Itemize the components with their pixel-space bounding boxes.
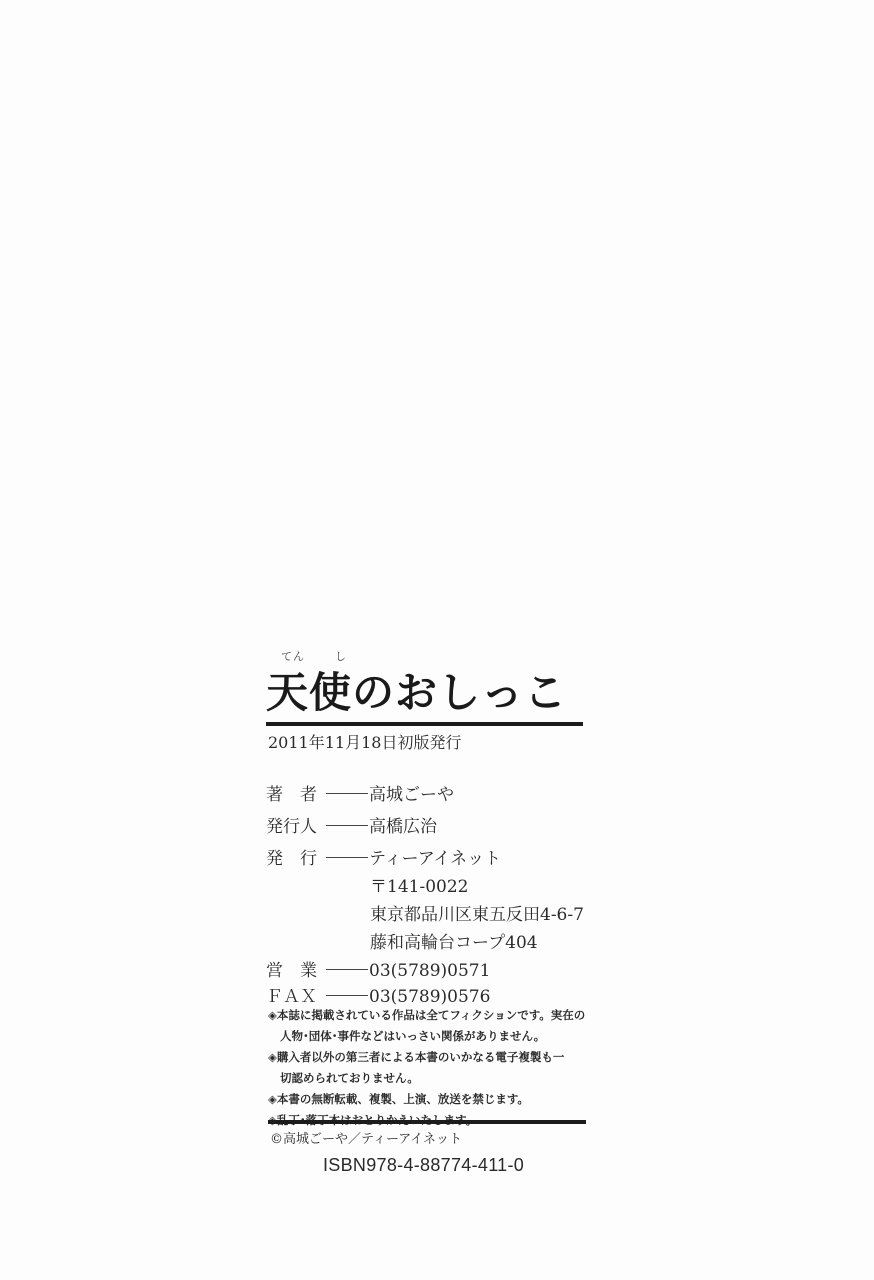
notice-digital-copy: ◈購入者以外の第三者による本書のいかなる電子複製も一: [268, 1047, 598, 1068]
book-title: 天使のおしっこ: [266, 660, 567, 720]
credit-label: 発 行: [266, 844, 326, 869]
title-divider: [266, 722, 583, 726]
dash-rule: [326, 995, 368, 996]
dash-rule: [326, 969, 368, 970]
notice-fiction-cont: 人物･団体･事件などはいっさい関係がありません。: [268, 1026, 598, 1047]
credit-label: 営 業: [266, 956, 326, 981]
contact-fax: ＦＡＸ03(5789)0576: [266, 982, 490, 1004]
credit-value: 03(5789)0576: [369, 987, 490, 1007]
credit-label: ＦＡＸ: [266, 982, 326, 1007]
address-line-1: 東京都品川区東五反田4-6-7: [370, 900, 584, 925]
contact-sales: 営 業03(5789)0571: [266, 956, 490, 978]
credit-value: ティーアイネット: [369, 844, 501, 869]
copyright-line: ©高城ごーや／ティーアイネット: [270, 1128, 462, 1147]
credit-value: 03(5789)0571: [369, 961, 490, 981]
colophon-page: てん し 天使のおしっこ 2011年11月18日初版発行 著 者高城ごーや 発行…: [0, 0, 874, 1280]
isbn-number: ISBN978-4-88774-411-0: [323, 1155, 524, 1176]
dash-rule: [326, 825, 368, 826]
notice-digital-copy-cont: 切認められておりません。: [268, 1068, 598, 1089]
postal-code: 〒141-0022: [370, 872, 468, 897]
credit-value: 高城ごーや: [369, 780, 454, 805]
credit-value: 高橋広治: [369, 812, 437, 837]
credit-author: 著 者高城ごーや: [266, 780, 454, 802]
credit-publisher-person: 発行人高橋広治: [266, 812, 437, 834]
dash-rule: [326, 857, 368, 858]
notice-fiction: ◈本誌に掲載されている作品は全てフィクションです。実在の: [268, 1005, 598, 1026]
credit-publisher: 発 行ティーアイネット: [266, 844, 501, 866]
notice-reproduction: ◈本書の無断転載、複製、上演、放送を禁じます。: [268, 1089, 598, 1110]
bottom-divider: [268, 1120, 586, 1124]
credit-label: 著 者: [266, 780, 326, 805]
credit-label: 発行人: [266, 812, 326, 837]
dash-rule: [326, 793, 368, 794]
edition-date: 2011年11月18日初版発行: [268, 730, 461, 753]
notices-block: ◈本誌に掲載されている作品は全てフィクションです。実在の 人物･団体･事件などは…: [268, 1005, 598, 1131]
address-line-2: 藤和高輪台コープ404: [370, 928, 538, 953]
